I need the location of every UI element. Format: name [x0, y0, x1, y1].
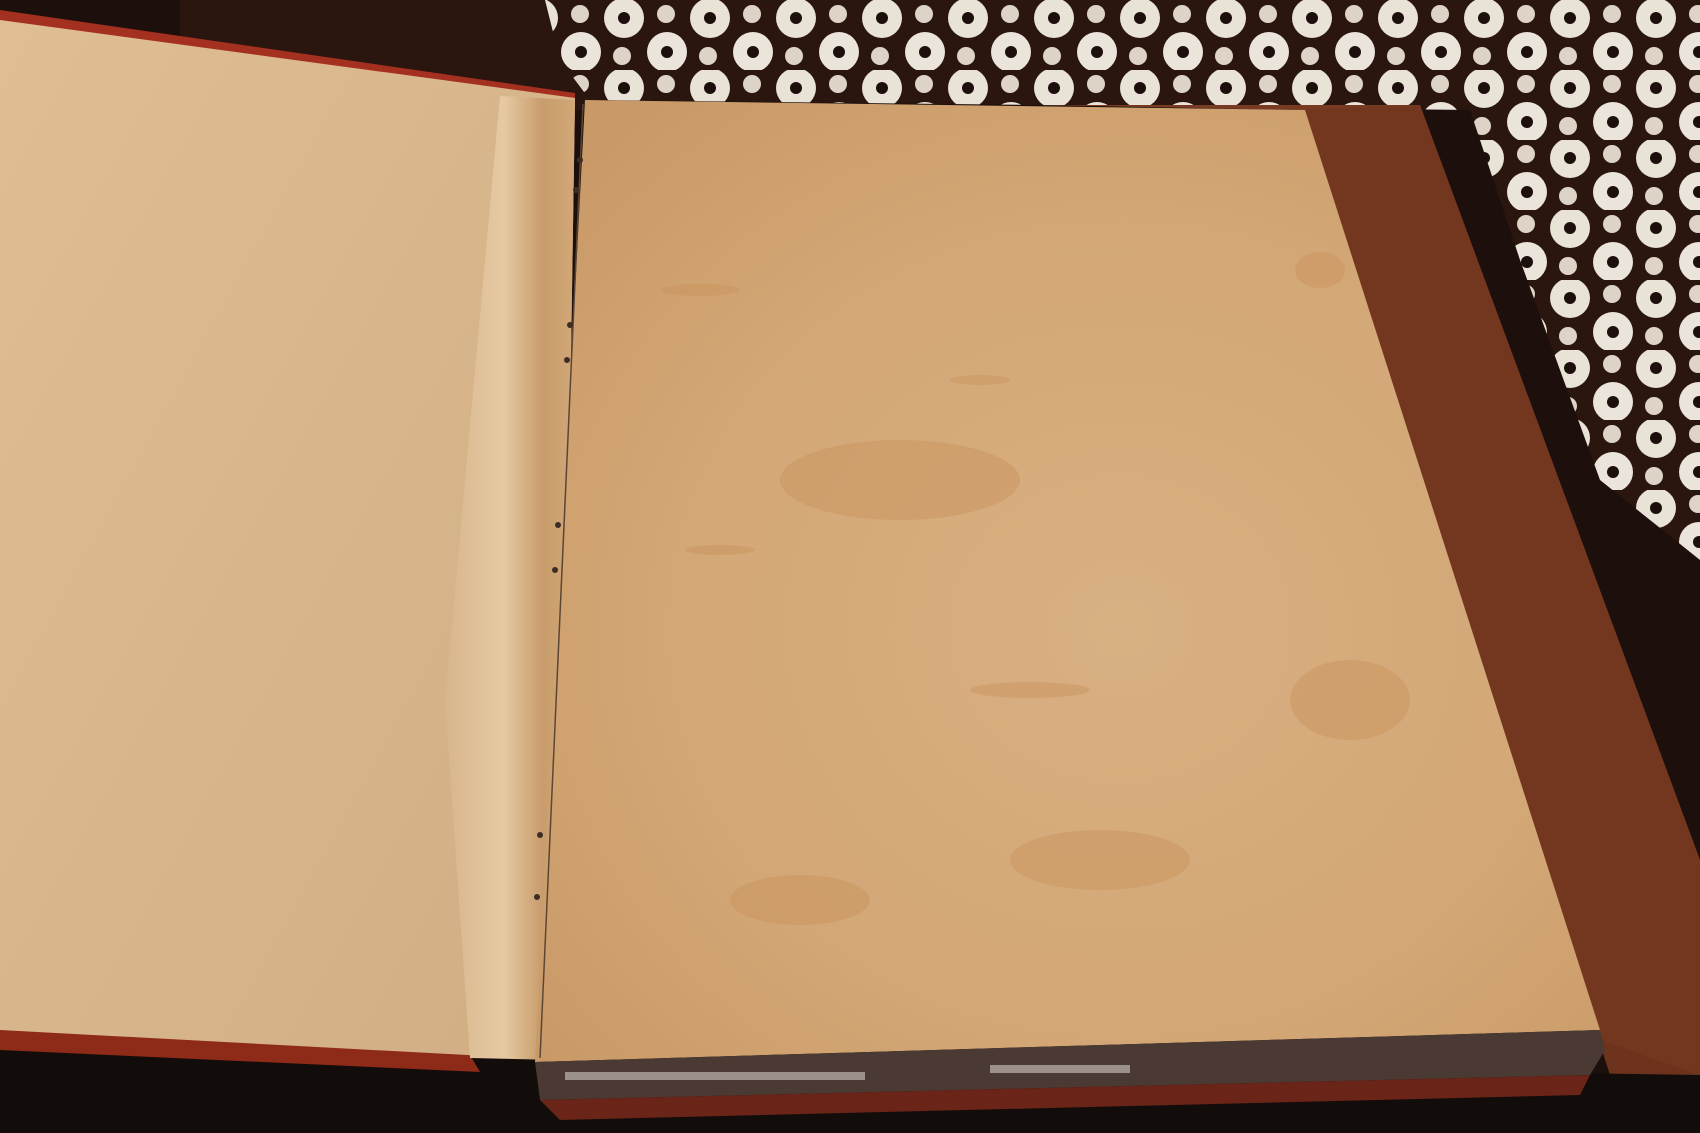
page-edge-highlight-1 — [565, 1072, 865, 1080]
page-edge-highlight-2 — [990, 1065, 1130, 1073]
photo-scene — [0, 0, 1700, 1133]
